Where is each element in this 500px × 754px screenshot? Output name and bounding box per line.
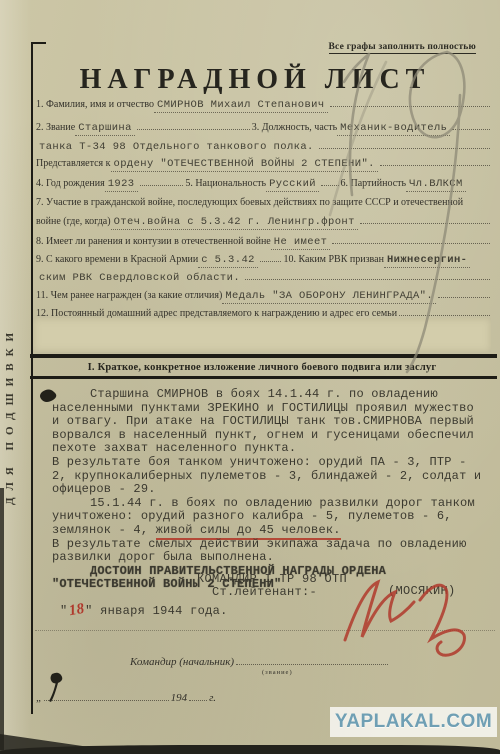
date-open-quote: " [60,604,68,618]
field-presented-value: ордену "ОТЕЧЕСТВЕННОЙ ВОЙНЫ 2 СТЕПЕНИ". [111,158,378,172]
field-rank-label: 2. Звание [36,122,75,133]
dotted-leader [189,690,207,701]
field-party-label: 6. Партийность [341,178,407,189]
address-blank-area [33,318,491,352]
form-top-tick [31,42,46,44]
dotted-leader [330,97,490,107]
section1-header: I. Краткое, конкретное изложение личного… [33,362,491,373]
field-wounds-row: 8. Имеет ли ранения и контузии в отечест… [36,234,492,250]
dotted-leader [452,120,490,130]
field-birthyear-value: 1923 [105,178,138,192]
field-nationality-label: 5. Национальность [185,178,266,189]
field-nationality-value: Русский [266,178,319,192]
field-name-row: 1. Фамилия, имя и отчество СМИРНОВ Михаи… [36,97,492,113]
field-name-value: СМИРНОВ Михаил Степанович [154,99,328,113]
field-wounds-label: 8. Имеет ли ранения и контузии в отечест… [36,236,271,247]
description-paragraph-2: В результате боя танком уничтожено: оруд… [52,456,482,497]
description-paragraph-1: Старшина СМИРНОВ в боях 14.1.44 г. по ов… [52,388,482,456]
field-army-since-label: 9. С какого времени в Красной Армии [36,254,198,265]
footer-commander-row: Командир (начальник) [130,654,390,668]
dotted-leader [438,288,490,298]
watermark: YAPLAKAL.COM [330,707,497,737]
field-rvk-value2: ским РВК Свердловской области. [36,272,243,285]
footer-rank-hint: (звание) [262,669,293,676]
scanned-award-sheet: ДЛЯ ПОДШИВКИ Все графы заполнить полност… [0,0,500,754]
commander-surname: (МОСЯКИН) [388,584,456,598]
dotted-leader [260,252,282,262]
footer-date-year: 194 [171,692,188,704]
dotted-leader [319,139,490,149]
field-position-value2: танка Т-34 98 Отдельного танкового полка… [36,141,317,154]
dotted-leader [360,214,490,224]
field-prior-awards-row: 11. Чем ранее награжден (за какие отличи… [36,288,492,304]
fill-instruction: Все графы заполнить полностью [329,42,476,54]
dotted-leader [321,176,339,186]
footer-date-quote: „ [36,692,42,704]
section-divider-bottom [30,376,497,379]
field-army-since-value: с 5.3.42 [198,254,258,268]
description-paragraph-4: В результате смелых действий экипажа зад… [52,538,482,565]
field-war-where-row: войне (где, когда) Отеч.война с 5.3.42 г… [36,214,492,230]
date-rest: января 1944 года. [93,604,228,618]
field-war-where-value: Отеч.война с 5.3.42 г. Ленингр.фронт [111,216,358,230]
description-paragraph-3: 15.1.44 г. в боях по овладению развилки … [52,497,482,538]
field-position-continued-row: танка Т-34 98 Отдельного танкового полка… [36,139,492,154]
field-wounds-value: Не имеет [271,236,331,250]
field-rvk-value: Нижнесергин- [384,254,470,268]
field-rvk-continued-row: ским РВК Свердловской области. [36,270,492,285]
dotted-leader [332,234,490,244]
commander-unit-line: КОМАНДИР I ТР 98 ОТП [197,572,347,586]
dotted-leader [140,176,184,186]
footer-commander-label: Командир (начальник) [130,656,234,668]
dotted-leader [137,120,250,130]
field-prior-awards-label: 11. Чем ранее награжден (за какие отличи… [36,290,222,301]
scan-edge-bottom [0,745,500,754]
field-presented-label: Представляется к [36,158,111,169]
document-title: НАГРАДНОЙ ЛИСТ [0,64,500,96]
field-prior-awards-value: Медаль "ЗА ОБОРОНУ ЛЕНИНГРАДА". [222,290,436,304]
field-birth-nationality-party-row: 4. Год рождения 1923 5. Национальность Р… [36,176,492,192]
dotted-leader [236,654,388,665]
field-birthyear-label: 4. Год рождения [36,178,105,189]
field-rvk-label: 10. Каким РВК призван [283,254,383,265]
field-war-where-label: войне (где, когда) [36,216,111,227]
commander-rank-line: Ст.лейтенант:- [212,585,317,599]
field-rank-value: Старшина [75,122,135,136]
field-war-participation-row: 7. Участие в гражданской войне, последую… [36,197,492,208]
field-army-since-row: 9. С какого времени в Красной Армии с 5.… [36,252,492,268]
dotted-leader [44,690,168,701]
dotted-leader [380,156,490,166]
dotted-leader [399,306,490,316]
field-presented-row: Представляется к ордену "ОТЕЧЕСТВЕННОЙ В… [36,156,492,172]
footer-date-g: г. [209,692,216,704]
field-party-value: Чл.ВЛКСМ [406,178,466,192]
faint-rule [35,630,495,631]
field-rank-position-row: 2. Звание Старшина 3. Должность, часть М… [36,120,492,136]
document-date-line: "18" января 1944 года. [60,602,228,619]
scan-edge-left [0,488,4,754]
section-divider-top [30,354,497,358]
combat-description: Старшина СМИРНОВ в боях 14.1.44 г. по ов… [52,388,482,592]
binding-margin-label: ДЛЯ ПОДШИВКИ [4,255,20,505]
dotted-leader [245,270,490,280]
footer-date-row: „ 194 г. [36,690,216,704]
field-name-label: 1. Фамилия, имя и отчество [36,99,154,110]
field-position-label: 3. Должность, часть [252,122,337,133]
field-war-participation-label: 7. Участие в гражданской войне, последую… [36,197,463,208]
field-position-value: Механик-водитель [337,122,450,136]
handwritten-day: 18 [67,601,85,620]
